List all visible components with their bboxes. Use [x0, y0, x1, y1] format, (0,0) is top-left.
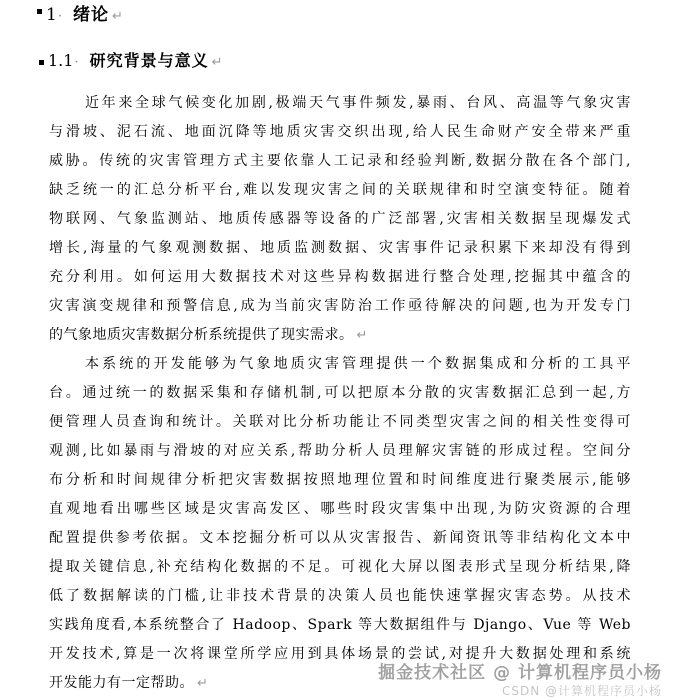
paragraph-return-icon: ↵ [357, 328, 368, 343]
outline-square-icon [37, 9, 42, 14]
text-line: 提取关键信息,补充结构化数据的不足。可视化大屏以图表形式呈现分析结果,降 [49, 553, 631, 582]
paragraph-return-icon: ↵ [197, 676, 208, 691]
text-line: 充分利用。如何运用大数据技术对这些异构数据进行整合处理,挖掘其中蕴含的 [49, 263, 631, 292]
text-line: 配置提供参考依据。文本挖掘分析可以从灾害报告、新闻资讯等非结构化文本中 [49, 524, 631, 553]
paragraph-return-icon: ↵ [112, 9, 123, 24]
text-line-content: 的气象地质灾害数据分析系统提供了现实需求。 [49, 327, 354, 343]
body-text: 近年来全球气候变化加剧,极端天气事件频发,暴雨、台风、高温等气象灾害 与滑坡、泥… [49, 89, 631, 698]
text-line: 布分析和时间规律分析把灾害数据按照地理位置和时间维度进行聚类展示,能够 [49, 466, 631, 495]
heading-2-number: 1.1 [48, 51, 73, 70]
text-line: 缺乏统一的汇总分析平台,难以发现灾害之间的关联规律和时空演变特征。随着 [49, 176, 631, 205]
text-line: 近年来全球气候变化加剧,极端天气事件频发,暴雨、台风、高温等气象灾害 [49, 89, 631, 118]
text-line: 直观地看出哪些区域是灾害高发区、哪些时段灾害集中出现,为防灾资源的合理 [49, 495, 631, 524]
text-line: 的气象地质灾害数据分析系统提供了现实需求。↵ [49, 321, 631, 350]
document-page: 1·绪论↵ 1.1·研究背景与意义↵ 近年来全球气候变化加剧,极端天气事件频发,… [0, 0, 678, 700]
paragraph-return-icon: ↵ [212, 55, 223, 70]
text-line: 观测,比如暴雨与滑坡的对应关系,帮助分析人员理解灾害链的形成过程。空间分 [49, 437, 631, 466]
text-line: 物联网、气象监测站、地质传感器等设备的广泛部署,灾害相关数据呈现爆发式 [49, 205, 631, 234]
paragraph: 近年来全球气候变化加剧,极端天气事件频发,暴雨、台风、高温等气象灾害 与滑坡、泥… [49, 89, 631, 350]
outline-square-icon [39, 60, 44, 65]
text-line: 低了数据解读的门槛,让非技术背景的决策人员也能快速掌握灾害态势。从技术 [49, 582, 631, 611]
text-line: 台。通过统一的数据采集和存储机制,可以把原本分散的灾害数据汇总到一起,方 [49, 379, 631, 408]
watermark-line2: CSDN @计算机程序员小杨 [378, 684, 662, 698]
text-line: 威胁。传统的灾害管理方式主要依靠人工记录和经验判断,数据分散在各个部门, [49, 147, 631, 176]
heading-1-number: 1 [46, 5, 57, 25]
space-mark-icon: · [58, 9, 62, 24]
text-line: 实践角度看,本系统整合了 Hadoop、Spark 等大数据组件与 Django… [49, 611, 631, 640]
watermark: 掘金技术社区 @ 计算机程序员小杨 CSDN @计算机程序员小杨 [378, 663, 662, 698]
heading-1: 1·绪论↵ [37, 4, 123, 28]
space-mark-icon: · [74, 55, 78, 70]
paragraph: 本系统的开发能够为气象地质灾害管理提供一个数据集成和分析的工具平 台。通过统一的… [49, 350, 631, 698]
text-line-content: 开发能力有一定帮助。 [49, 675, 194, 691]
text-line: 增长,海量的气象观测数据、地质监测数据、灾害事件记录积累下来却没有得到 [49, 234, 631, 263]
watermark-line1: 掘金技术社区 @ 计算机程序员小杨 [378, 663, 662, 684]
text-line: 本系统的开发能够为气象地质灾害管理提供一个数据集成和分析的工具平 [49, 350, 631, 379]
text-line: 灾害演变规律和预警信息,成为当前灾害防治工作亟待解决的问题,也为开发专门 [49, 292, 631, 321]
heading-1-text: 绪论 [73, 5, 109, 25]
heading-2-text: 研究背景与意义 [90, 51, 209, 70]
heading-2: 1.1·研究背景与意义↵ [39, 50, 223, 74]
text-line: 便管理人员查询和统计。关联对比分析功能让不同类型灾害之间的相关性变得可 [49, 408, 631, 437]
text-line: 与滑坡、泥石流、地面沉降等地质灾害交织出现,给人民生命财产安全带来严重 [49, 118, 631, 147]
